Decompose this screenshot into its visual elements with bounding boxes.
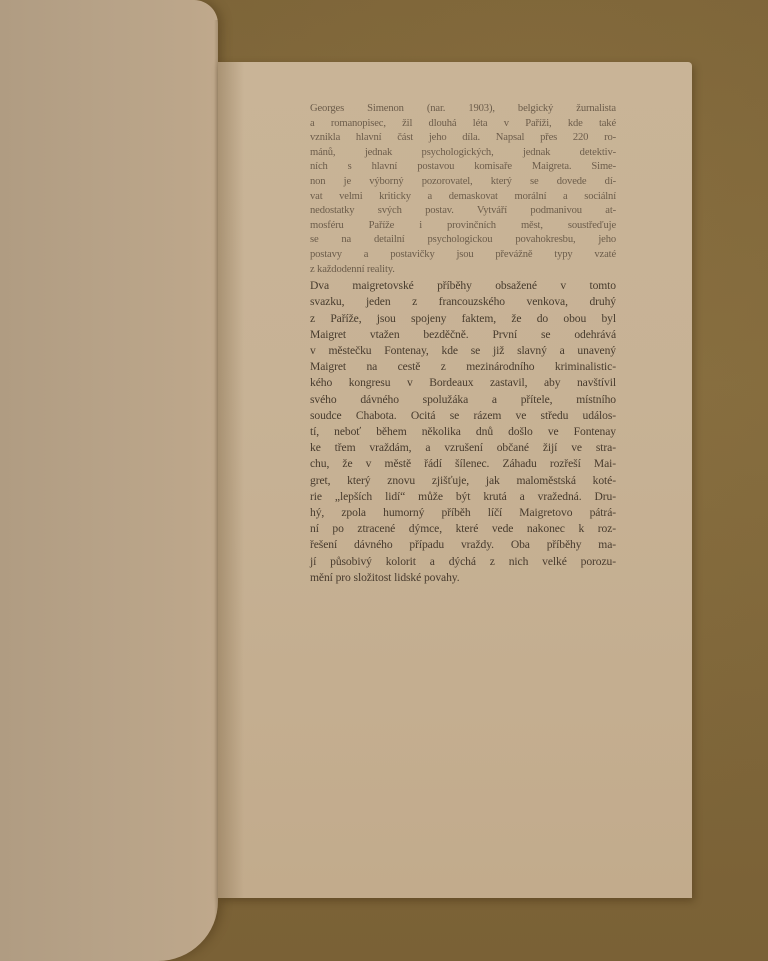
text-line: soudce Chabota. Ocitá se rázem ve středu… <box>310 408 616 424</box>
text-line: nedostatky svých postav. Vytváří podmani… <box>310 204 616 219</box>
text-line: non je výborný pozorovatel, který se dov… <box>310 175 616 190</box>
text-line: Maigret na cestě z mezinárodního krimina… <box>310 359 616 375</box>
text-line: Maigret vtažen bezděčně. První se odehrá… <box>310 327 616 343</box>
left-page <box>0 0 218 961</box>
text-line: gret, který znovu zjišťuje, jak maloměst… <box>310 473 616 489</box>
text-line: svého dávného spolužáka a přítele, místn… <box>310 392 616 408</box>
text-line: hý, zpola humorný příběh líčí Maigretovo… <box>310 505 616 521</box>
text-line: v městečku Fontenay, kde se již slavný a… <box>310 343 616 359</box>
text-line: se na detailní psychologickou povahokres… <box>310 233 616 248</box>
text-line: postavy a postavičky jsou převážně typy … <box>310 248 616 263</box>
text-line: chu, že v městě řádí šílenec. Záhadu roz… <box>310 456 616 472</box>
text-line: mánů, jednak psychologických, jednak det… <box>310 146 616 161</box>
text-line: z Paříže, jsou spojeny faktem, že do obo… <box>310 311 616 327</box>
author-bio-paragraph: Georges Simenon (nar. 1903), belgický žu… <box>310 102 616 277</box>
text-line: Georges Simenon (nar. 1903), belgický žu… <box>310 102 616 117</box>
right-page: Georges Simenon (nar. 1903), belgický žu… <box>218 62 692 898</box>
text-line: vznikla hlavní část jeho díla. Napsal př… <box>310 131 616 146</box>
text-line: kého kongresu v Bordeaux zastavil, aby n… <box>310 375 616 391</box>
gutter-shadow <box>218 62 244 898</box>
text-line: ní po ztracené dýmce, které vede nakonec… <box>310 521 616 537</box>
text-line: vat velmi kriticky a demaskovat morální … <box>310 190 616 205</box>
text-line: rie „lepších lidí“ může být krutá a vraž… <box>310 489 616 505</box>
text-line: mění pro složitost lidské povahy. <box>310 570 616 586</box>
text-line: řešení dávného případu vraždy. Oba příbě… <box>310 537 616 553</box>
blurb-text-block: Georges Simenon (nar. 1903), belgický žu… <box>310 102 616 586</box>
text-line: ních s hlavní postavou komisaře Maigreta… <box>310 160 616 175</box>
text-line: jí působivý kolorit a dýchá z nich velké… <box>310 554 616 570</box>
text-line: svazku, jeden z francouzského venkova, d… <box>310 294 616 310</box>
text-line: ke třem vraždám, a vzrušení občané žijí … <box>310 440 616 456</box>
text-line: a romanopisec, žil dlouhá léta v Paříži,… <box>310 117 616 132</box>
story-summary-paragraph: Dva maigretovské příběhy obsažené v tomt… <box>310 278 616 586</box>
text-line: z každodenní reality. <box>310 263 616 278</box>
text-line: Dva maigretovské příběhy obsažené v tomt… <box>310 278 616 294</box>
text-line: tí, neboť během několika dnů došlo ve Fo… <box>310 424 616 440</box>
text-line: mosféru Paříže i provinčních měst, soust… <box>310 219 616 234</box>
